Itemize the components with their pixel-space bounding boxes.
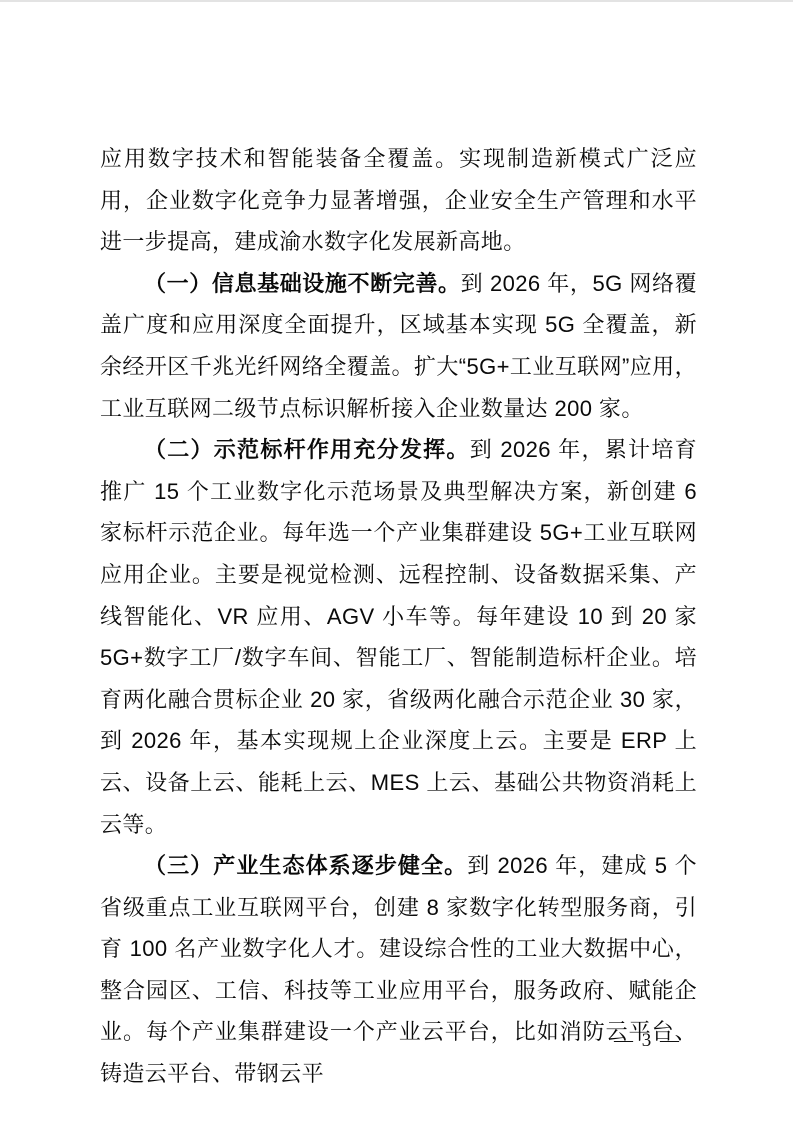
- paragraph-section-3: （三）产业生态体系逐步健全。到 2026 年，建成 5 个省级重点工业互联网平台…: [100, 845, 697, 1095]
- paragraph-section-1: （一）信息基础设施不断完善。到 2026 年，5G 网络覆盖广度和应用深度全面提…: [100, 263, 697, 429]
- paragraph-section-2: （二）示范标杆作用充分发挥。到 2026 年，累计培育推广 15 个工业数字化示…: [100, 429, 697, 845]
- section-1-heading: （一）信息基础设施不断完善。: [144, 271, 461, 296]
- document-page: 应用数字技术和智能装备全覆盖。实现制造新模式广泛应用，企业数字化竞争力显著增强，…: [0, 0, 793, 1122]
- paragraph-text: 应用数字技术和智能装备全覆盖。实现制造新模式广泛应用，企业数字化竞争力显著增强，…: [100, 146, 697, 254]
- document-body: 应用数字技术和智能装备全覆盖。实现制造新模式广泛应用，企业数字化竞争力显著增强，…: [100, 138, 697, 1095]
- scan-top-edge: [0, 0, 793, 2]
- paragraph-text: 到 2026 年，建成 5 个省级重点工业互联网平台，创建 8 家数字化转型服务…: [100, 853, 697, 1086]
- section-2-heading: （二）示范标杆作用充分发挥。: [144, 437, 470, 462]
- paragraph-intro: 应用数字技术和智能装备全覆盖。实现制造新模式广泛应用，企业数字化竞争力显著增强，…: [100, 138, 697, 263]
- page-number: — 3 —: [614, 1029, 681, 1053]
- paragraph-text: 到 2026 年，累计培育推广 15 个工业数字化示范场景及典型解决方案，新创建…: [100, 437, 697, 836]
- section-3-heading: （三）产业生态体系逐步健全。: [144, 853, 467, 878]
